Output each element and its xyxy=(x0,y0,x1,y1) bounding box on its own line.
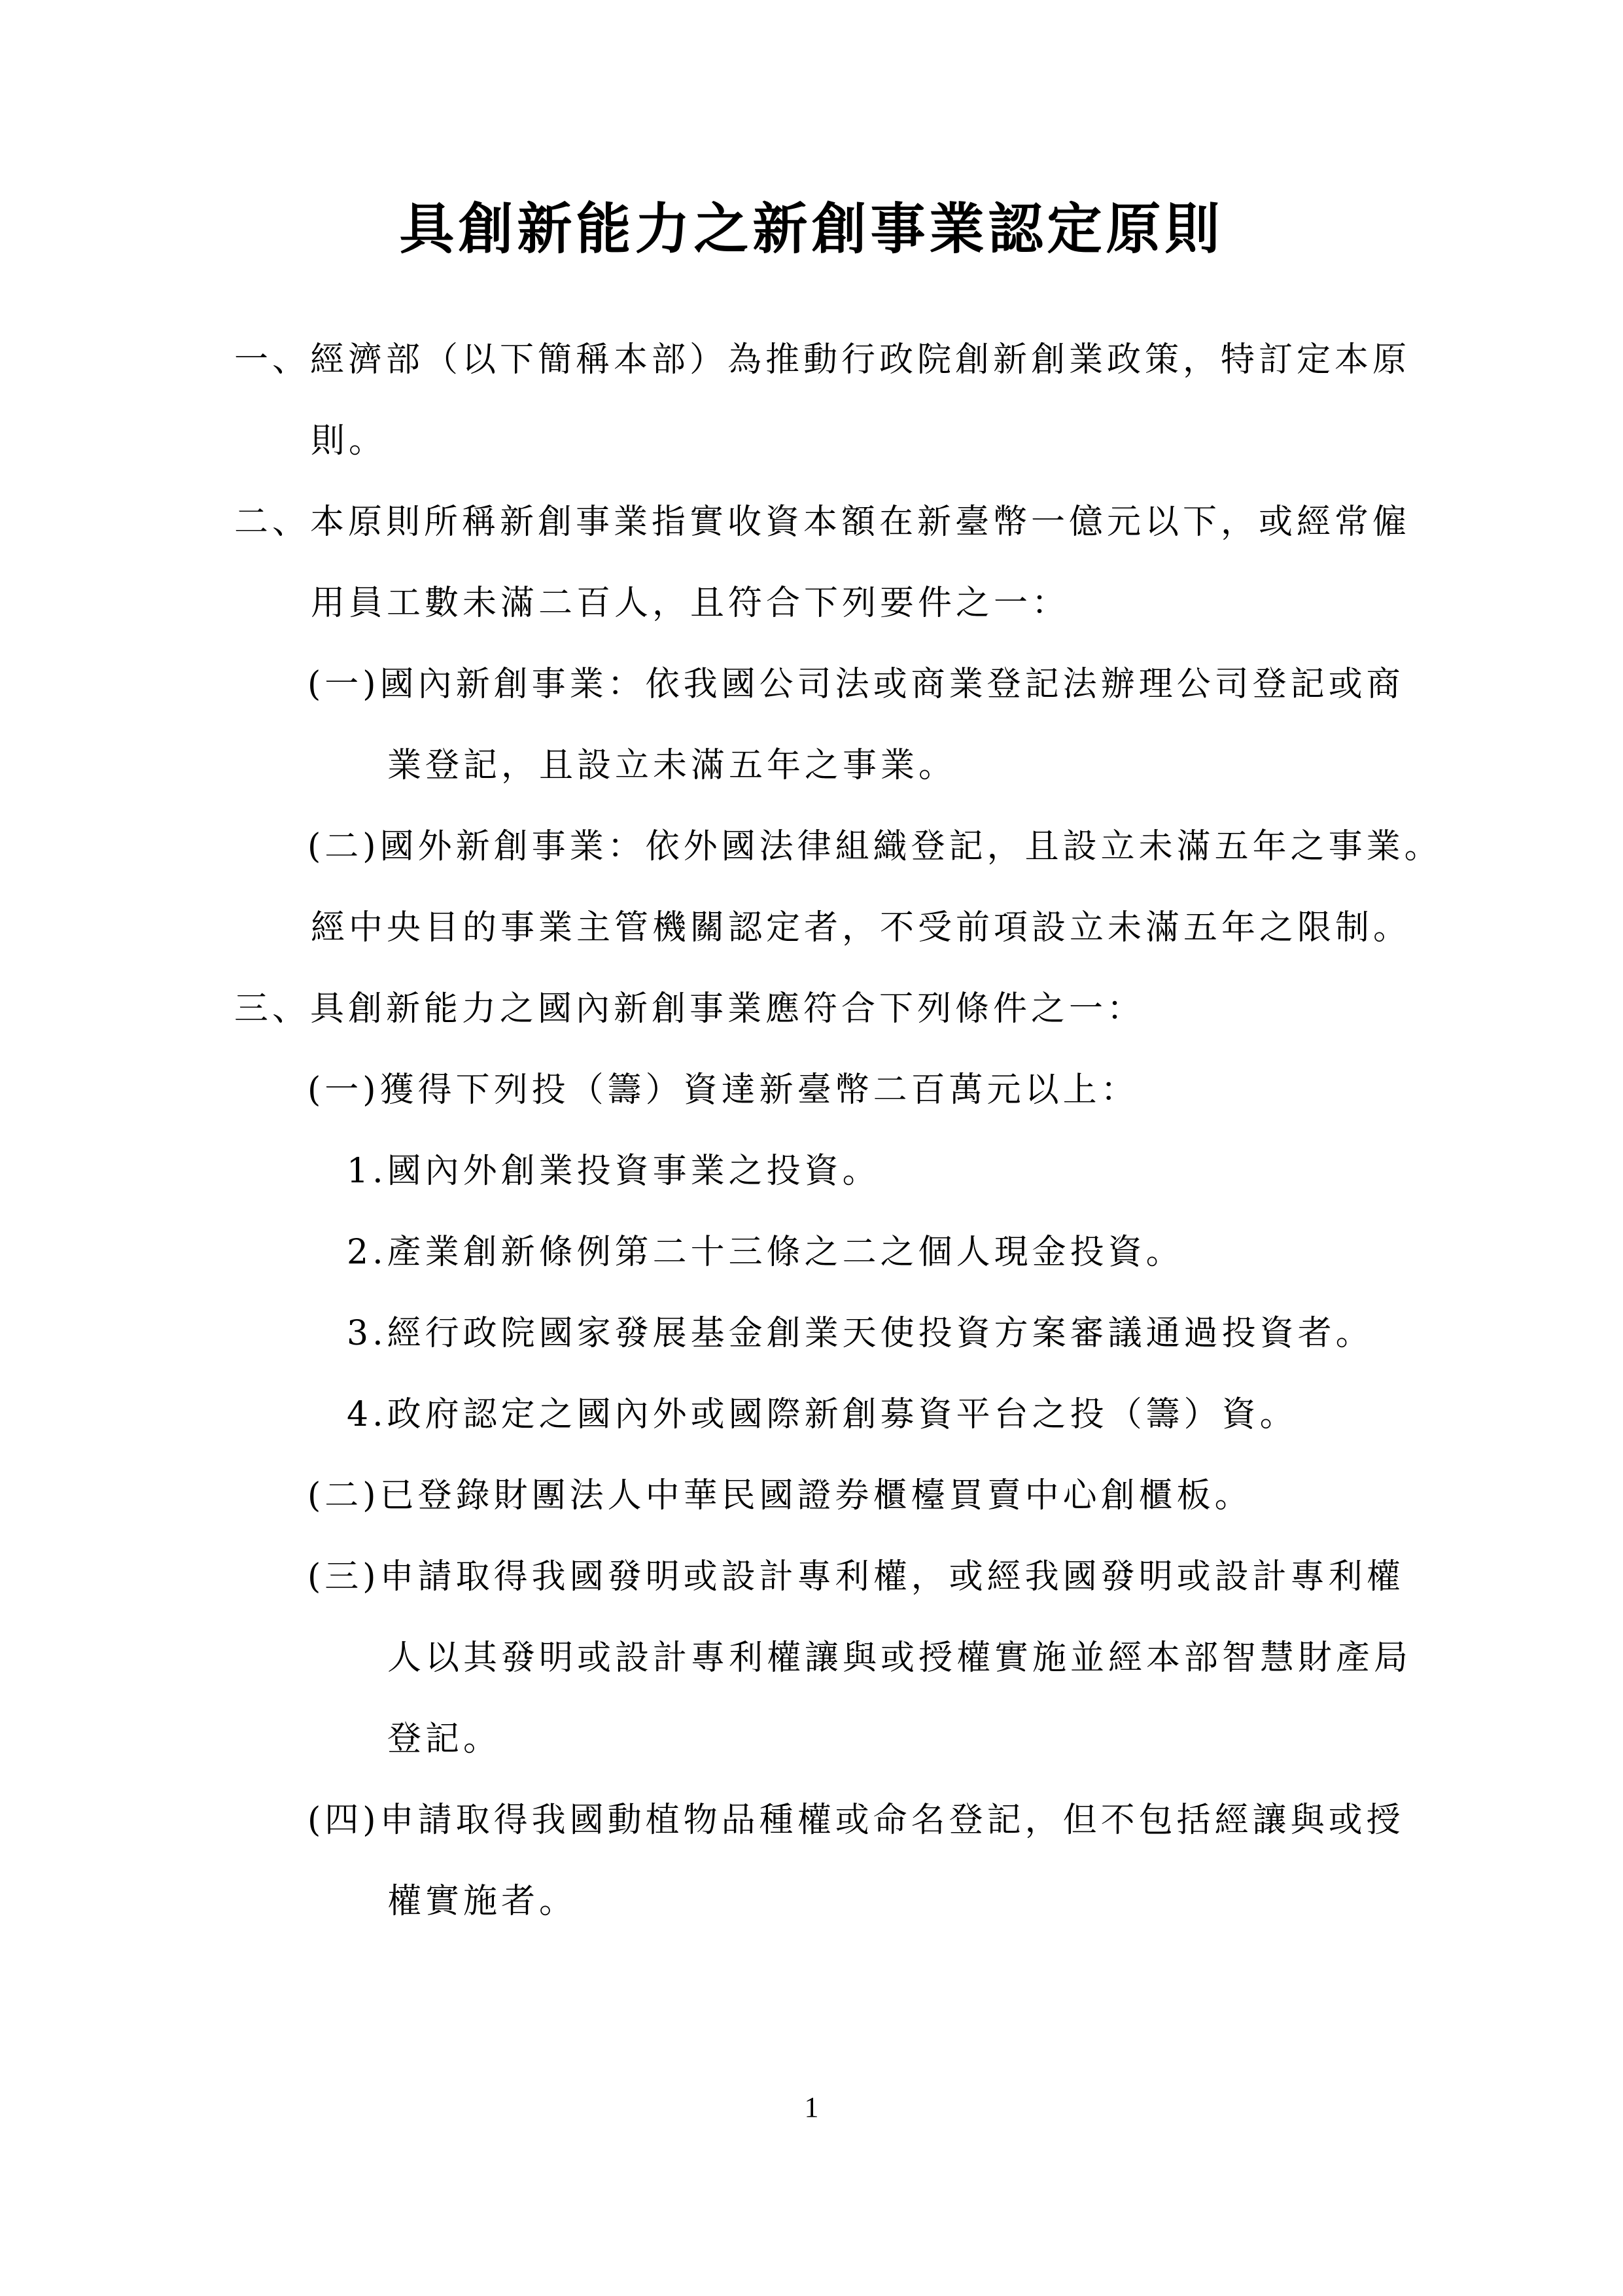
article-2-item-2: (二)國外新創事業：依外國法律組織登記，且設立未滿五年之事業。 xyxy=(307,821,1442,873)
article-3-item-1: (一)獲得下列投（籌）資達新臺幣二百萬元以上： xyxy=(307,1064,1139,1116)
article-2-note: 經中央目的事業主管機關認定者，不受前項設立未滿五年之限制。 xyxy=(311,902,1411,954)
article-2-line-1: 二、本原則所稱新創事業指實收資本額在新臺幣一億元以下，或經常僱 xyxy=(234,496,1410,548)
article-3-item-2: (二)已登錄財團法人中華民國證券櫃檯買賣中心創櫃板。 xyxy=(307,1470,1253,1522)
page-number: 1 xyxy=(0,2091,1623,2124)
article-3-item-3-line-1: (三)申請取得我國發明或設計專利權，或經我國發明或設計專利權 xyxy=(307,1551,1405,1603)
document-title: 具創新能力之新創事業認定原則 xyxy=(0,190,1623,268)
article-3-item-4-line-1: (四)申請取得我國動植物品種權或命名登記，但不包括經讓與或授 xyxy=(307,1794,1405,1846)
document-page: 具創新能力之新創事業認定原則 一、經濟部（以下簡稱本部）為推動行政院創新創業政策… xyxy=(0,0,1623,2296)
article-3-line-1: 三、具創新能力之國內新創事業應符合下列條件之一： xyxy=(234,983,1145,1035)
article-3-item-1-sub-2: 2.產業創新條例第二十三條之二之個人現金投資。 xyxy=(347,1226,1184,1279)
article-2-item-1-line-2: 業登記，且設立未滿五年之事業。 xyxy=(387,739,956,792)
article-2-line-2: 用員工數未滿二百人，且符合下列要件之一： xyxy=(311,577,1070,629)
article-1-line-1: 一、經濟部（以下簡稱本部）為推動行政院創新創業政策，特訂定本原 xyxy=(234,334,1410,386)
article-3-item-1-sub-3: 3.經行政院國家發展基金創業天使投資方案審議通過投資者。 xyxy=(347,1307,1374,1360)
article-3-item-3-line-2: 人以其發明或設計專利權讓與或授權實施並經本部智慧財產局 xyxy=(387,1632,1412,1684)
article-3-item-1-sub-4: 4.政府認定之國內外或國際新創募資平台之投（籌）資。 xyxy=(347,1388,1298,1441)
article-2-item-1-line-1: (一)國內新創事業：依我國公司法或商業登記法辦理公司登記或商 xyxy=(307,658,1405,711)
article-3-item-1-sub-1: 1.國內外創業投資事業之投資。 xyxy=(347,1145,881,1197)
article-3-item-4-line-2: 權實施者。 xyxy=(387,1875,577,1928)
article-3-item-3-line-3: 登記。 xyxy=(387,1713,501,1765)
article-1-line-2: 則。 xyxy=(311,415,387,467)
